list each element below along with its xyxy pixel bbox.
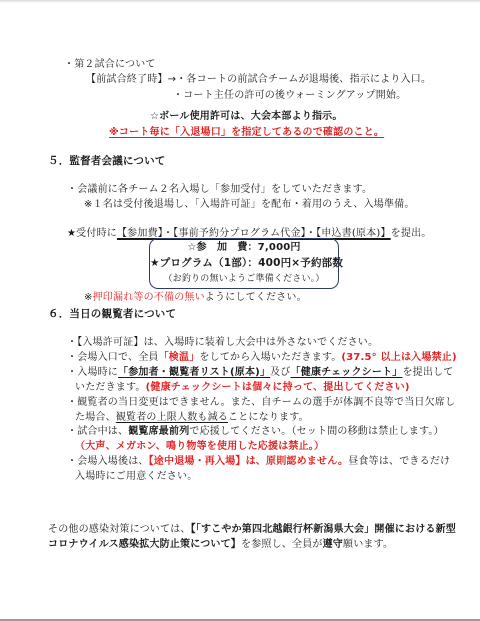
section5-title: ５．監督者会議について [48,155,166,168]
footer-line1: その他の感染対策については、【「すこやか第四北越銀行杯新潟県大会」開催における新… [48,523,456,536]
cheering-ban-note: （大声、メガホン、鳴り物等を使用した応援は禁止。） [75,440,324,453]
section6-item3: ・入場時に「参加者・観覧者リスト(原本)」及び「健康チェックシート」を提出して [67,366,453,379]
section5-item1: ・会議前に各チーム２名入場し「参加受付」をしていただきます。 [67,183,372,196]
warning-red-text: 押印漏れ等の不備の無い [93,292,205,303]
section6-item4: ・観覧者の当日変更はできません。また、自チームの選手が体調不良等で当日欠席し [67,396,455,409]
entrance-exit-notice: ※コート毎に「入退場口」を指定してあるので確認のこと。 [109,126,384,139]
section6-item4-cont: た場合、観覧者の上限人数も減ることになります。 [75,411,309,424]
program-fee: ★プログラム（1部）：400円×予約部数 [150,257,338,270]
match2-step1-row: 【前試合終了時】→・各コートの前試合チームが退場後、指示により入口。 [86,73,431,86]
participant-list: 「参加者・観覧者リスト(原本)」 [118,367,270,378]
front-row-seating: 観覧席最前列 [128,426,189,437]
footer-line2: コロナウイルス感染拡大防止策について】を参照し、全員が遵守願います。 [48,538,393,551]
section6-title: ６．当日の観覧者について [48,308,176,321]
section6-item6: ・会場入場後は、【途中退場・再入場】は、原則認めません。昼食等は、できるだけ [67,455,450,468]
participation-fee: ☆参 加 費：7,000円 [150,241,338,254]
section5-warning: ※押印漏れ等の不備の無いようにしてください。 [84,291,307,304]
section6-item2: ・会場入口で、全員「検温」をしてから入場いただきます。(37.5° 以上は入場禁… [67,351,457,364]
section5-item2: ※１名は受付後退場し、「入場許可証」を配布・着用のうえ、入場準備。 [84,198,415,211]
section6-item6-cont: 入場時にご用意ください。 [75,470,197,483]
section6-item3-cont: いただきます。(健康チェックシートは個々に持って、提出してください) [75,381,410,394]
submit-prefix: ★受付時に [67,228,117,239]
section6-item1: ・【入場許可証】は、入場時に装着し大会中は外さないでください。 [67,336,378,349]
temperature-check: 「検温」 [159,352,200,363]
ball-permission-notice: ☆ボール使用許可は、大会本部より指示。 [150,110,343,123]
policy-title-part2: コロナウイルス感染拡大防止策について】 [48,539,241,550]
change-note: （お釣りの無いようご準備ください。） [150,273,338,286]
health-sheet-note: (健康チェックシートは個々に持って、提出してください) [146,382,410,393]
fee-box: ☆参 加 費：7,000円 ★プログラム（1部）：400円×予約部数 （お釣りの… [149,238,339,289]
section6-item5: ・試合中は、観覧席最前列で応援してください。（セット間の移動は禁止します。） [67,425,444,438]
match2-step2: ・コート主任の許可の後ウォーミングアップ開始。 [173,89,406,102]
temperature-limit: (37.5° 以上は入場禁止) [341,352,456,363]
match2-step1: ・各コートの前試合チームが退場後、指示により入口。 [176,74,431,85]
page-top-edge [0,0,480,3]
spectator-limit-note: 観覧者の上限人数も減る [116,412,228,423]
reentry-ban: 【途中退場・再入場】は、原則認めません。 [149,456,349,467]
match2-heading: ・第２試合について [64,58,156,71]
health-check-sheet: 「健康チェックシート」 [291,367,403,378]
match2-label: 【前試合終了時】→ [86,74,176,85]
policy-title-part1: 【「すこやか第四北越銀行杯新潟県大会」開催における新型 [191,524,456,535]
submit-suffix: を提出。 [391,228,432,239]
